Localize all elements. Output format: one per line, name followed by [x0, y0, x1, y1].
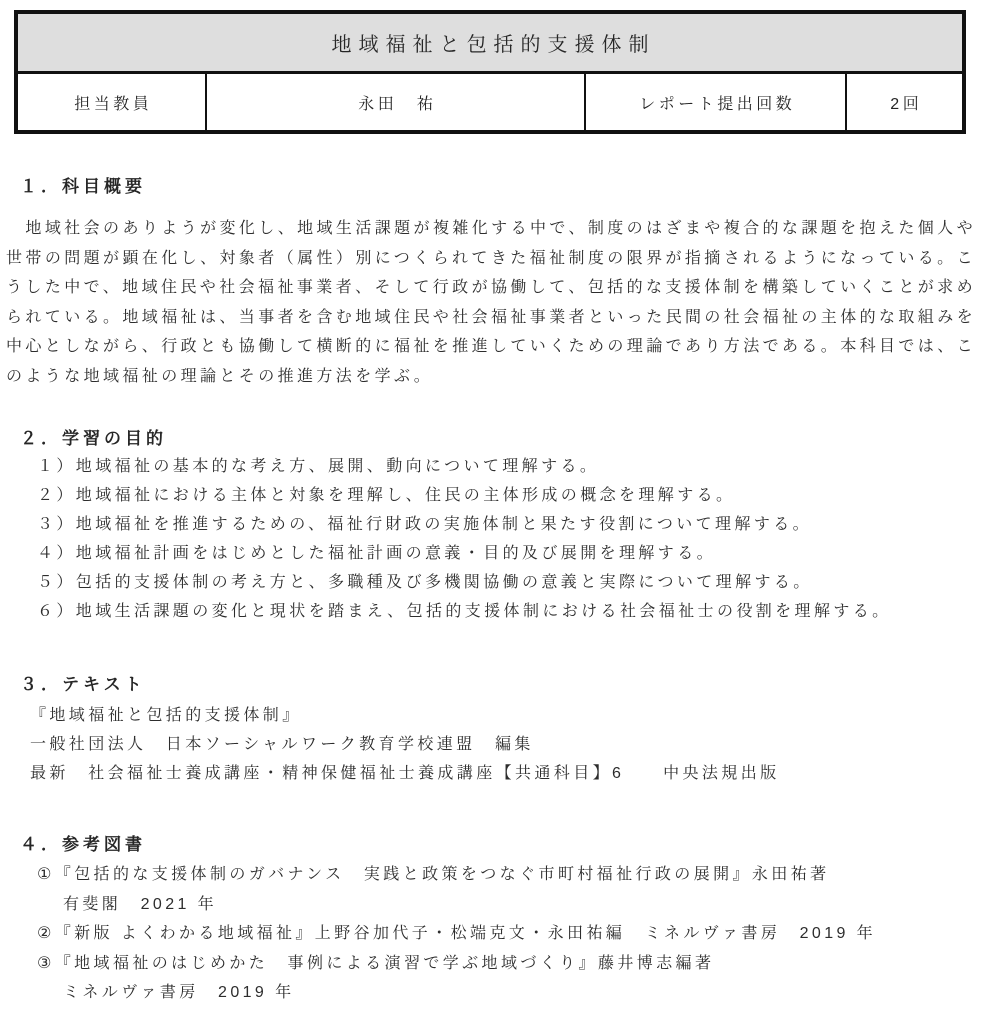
list-item: １）地域福祉の基本的な考え方、展開、動向について理解する。 [6, 452, 976, 481]
textbook-editor: 一般社団法人 日本ソーシャルワーク教育学校連盟 編集 [6, 730, 976, 759]
list-item: ４）地域福祉計画をはじめとした福祉計画の意義・目的及び展開を理解する。 [6, 539, 976, 568]
course-overview-text: 地域社会のありようが変化し、地域生活課題が複雑化する中で、制度のはざまや複合的な… [6, 214, 976, 391]
reference-book-entry: ②『新版 よくわかる地域福祉』上野谷加代子・松端克文・永田祐編 ミネルヴァ書房 … [6, 919, 976, 949]
list-item: ２）地域福祉における主体と対象を理解し、住民の主体形成の概念を理解する。 [6, 481, 976, 510]
textbook-series-publisher: 最新 社会福祉士養成講座・精神保健福祉士養成講座【共通科目】6 中央法規出版 [6, 759, 976, 788]
learning-objectives-list: １）地域福祉の基本的な考え方、展開、動向について理解する。 ２）地域福祉における… [6, 452, 976, 626]
reference-book-publisher: 有斐閣 2021 年 [6, 890, 976, 920]
section-course-overview: １．科目概要 地域社会のありようが変化し、地域生活課題が複雑化する中で、制度のは… [6, 174, 976, 391]
textbook-details: 『地域福祉と包括的支援体制』 一般社団法人 日本ソーシャルワーク教育学校連盟 編… [6, 701, 976, 788]
course-title: 地域福祉と包括的支援体制 [18, 14, 962, 74]
reference-books-list: ①『包括的な支援体制のガバナンス 実践と政策をつなぐ市町村福祉行政の展開』永田祐… [6, 860, 976, 1008]
section-heading-learning-objectives: ２．学習の目的 [6, 426, 976, 452]
syllabus-page: 地域福祉と包括的支援体制 担当教員 永田 祐 レポート提出回数 2回 １．科目概… [0, 0, 981, 1014]
textbook-title: 『地域福祉と包括的支援体制』 [6, 701, 976, 730]
instructor-label: 担当教員 [18, 74, 207, 130]
list-item: ６）地域生活課題の変化と現状を踏まえ、包括的支援体制における社会福祉士の役割を理… [6, 597, 976, 626]
reference-book-publisher: ミネルヴァ書房 2019 年 [6, 978, 976, 1008]
section-heading-textbook: ３．テキスト [6, 672, 976, 698]
list-item: ３）地域福祉を推進するための、福祉行財政の実施体制と果たす役割について理解する。 [6, 510, 976, 539]
report-count-value: 2回 [847, 74, 962, 130]
report-count-label: レポート提出回数 [586, 74, 847, 130]
section-reference-books: ４．参考図書 ①『包括的な支援体制のガバナンス 実践と政策をつなぐ市町村福祉行政… [6, 832, 976, 1008]
course-info-row: 担当教員 永田 祐 レポート提出回数 2回 [18, 74, 962, 130]
list-item: ５）包括的支援体制の考え方と、多職種及び多機関協働の意義と実際について理解する。 [6, 568, 976, 597]
section-textbook: ３．テキスト 『地域福祉と包括的支援体制』 一般社団法人 日本ソーシャルワーク教… [6, 672, 976, 788]
reference-book-entry: ③『地域福祉のはじめかた 事例による演習で学ぶ地域づくり』藤井博志編著 [6, 949, 976, 979]
instructor-name: 永田 祐 [207, 74, 586, 130]
course-header-table: 地域福祉と包括的支援体制 担当教員 永田 祐 レポート提出回数 2回 [14, 10, 966, 134]
reference-book-entry: ①『包括的な支援体制のガバナンス 実践と政策をつなぐ市町村福祉行政の展開』永田祐… [6, 860, 976, 890]
section-heading-reference-books: ４．参考図書 [6, 832, 976, 858]
section-learning-objectives: ２．学習の目的 １）地域福祉の基本的な考え方、展開、動向について理解する。 ２）… [6, 426, 976, 626]
section-heading-course-overview: １．科目概要 [6, 174, 976, 200]
